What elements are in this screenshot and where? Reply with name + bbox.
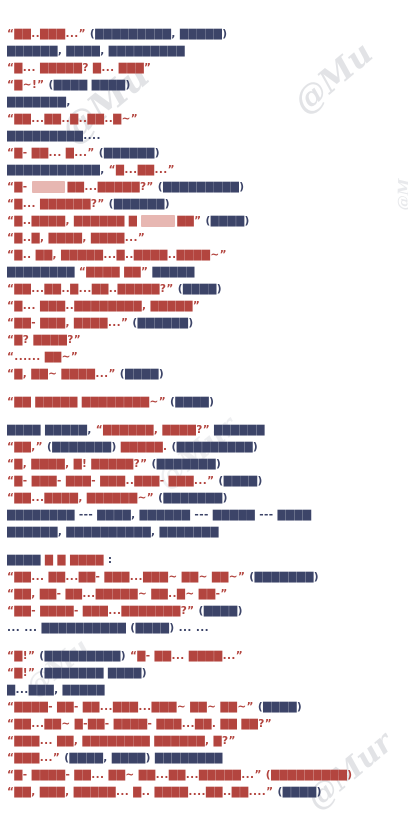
text-line: “▇, ▇▇~ ▇▇▇▇...”(▇▇▇▇) — [7, 366, 404, 383]
dialogue-text: “▇..▇, ▇▇▇▇, ▇▇▇▇...” — [7, 232, 145, 244]
narration-text: (▇▇▇▇) — [178, 283, 222, 295]
text-line: ▇▇▇▇▇▇▇▇“▇▇▇▇ ▇▇”▇▇▇▇▇ — [7, 264, 404, 281]
narration-text: (▇▇▇▇) — [258, 701, 302, 713]
text-line: ▇▇▇▇▇▇▇▇▇.... — [7, 128, 404, 145]
text-line: ▇▇▇▇▇▇, ▇▇▇▇▇▇▇▇▇▇, ▇▇▇▇▇▇▇ — [7, 524, 404, 541]
narration-text: (▇▇▇▇▇▇▇) — [47, 441, 117, 453]
dialogue-text: (▇▇▇▇▇▇▇▇▇) — [266, 769, 353, 781]
dialogue-text: “▇... ▇▇▇▇▇▇?” — [7, 198, 105, 210]
narration-text: (▇▇▇▇▇▇▇) — [249, 571, 319, 583]
narration-text: (▇▇▇▇ ▇▇▇▇) — [48, 79, 130, 91]
dialogue-text: “▇▇▇...” — [7, 752, 60, 764]
narration-text: (▇▇▇▇) — [218, 475, 262, 487]
dialogue-text: “▇▇, ▇▇▇, ▇▇▇▇▇... ▇.. ▇▇▇▇....▇▇..▇▇...… — [7, 786, 273, 798]
dialogue-text: “▇- ▇▇▇▇- ▇▇... ▇▇~ ▇▇...▇▇...▇▇▇▇▇...” — [7, 769, 262, 781]
dialogue-text: “▇- ▇▇... ▇▇▇▇...” — [130, 650, 243, 662]
dialogue-text: “▇▇...▇▇..▇...▇▇..▇▇▇▇▇?” — [7, 283, 174, 295]
narration-text: ▇▇▇▇ — [7, 554, 41, 566]
narration-text: ▇▇▇▇▇▇, ▇▇▇▇▇▇▇▇▇▇, ▇▇▇▇▇▇▇ — [7, 526, 219, 538]
dialogue-text: ▇▇▇▇▇. — [121, 441, 168, 453]
text-line: “▇▇▇...”(▇▇▇▇, ▇▇▇▇) ▇▇▇▇▇▇▇▇ — [7, 750, 404, 767]
text-line: “▇▇... ▇▇...▇▇- ▇▇▇...▇▇▇~ ▇▇~ ▇▇~”(▇▇▇▇… — [7, 569, 404, 586]
narration-text: (▇▇▇▇▇▇▇▇▇) — [171, 441, 258, 453]
dialogue-text: “▇- ▇▇▇- ▇▇▇- ▇▇▇..▇▇▇- ▇▇▇...” — [7, 475, 214, 487]
narration-text: ▇▇▇▇▇ — [152, 266, 194, 278]
dialogue-text: “▇? ▇▇▇▇?” — [7, 334, 81, 346]
text-line: “▇.. ▇▇, ▇▇▇▇▇...▇..▇▇▇▇..▇▇▇▇~” — [7, 247, 404, 264]
narration-text: (▇▇▇▇▇▇) — [132, 317, 193, 329]
paragraph-gap — [7, 637, 404, 648]
text-line: ▇▇▇▇▇▇, ▇▇▇▇, ▇▇▇▇▇▇▇▇▇ — [7, 43, 404, 60]
narration-text: (▇▇▇▇) — [120, 368, 164, 380]
narration-text: (▇▇▇▇▇▇▇ ▇▇▇▇) — [39, 667, 147, 679]
dialogue-text: “▇▇▇▇ ▇▇” — [79, 266, 149, 278]
dialogue-text: “▇▇ ▇▇▇▇▇ ▇▇▇▇▇▇▇▇~” — [7, 396, 166, 408]
dialogue-text: “▇...▇▇...” — [109, 164, 175, 176]
narration-text: (▇▇▇▇▇▇▇) — [158, 492, 228, 504]
narration-text: : — [108, 554, 113, 566]
text-line: “▇▇...▇▇..▇..▇▇..▇~” — [7, 111, 404, 128]
dialogue-text: “▇, ▇▇▇▇, ▇! ▇▇▇▇▇?” — [7, 458, 147, 470]
text-line: “▇▇ ▇▇▇▇▇ ▇▇▇▇▇▇▇▇~”(▇▇▇▇) — [7, 394, 404, 411]
text-line: ▇▇▇▇▇ ▇ ▇▇▇▇: — [7, 552, 404, 569]
text-line: “▇... ▇▇▇▇▇? ▇... ▇▇▇” — [7, 60, 404, 77]
dialogue-text: “▇▇- ▇▇▇▇- ▇▇▇...▇▇▇▇▇▇▇?” — [7, 605, 195, 617]
paragraph-gap — [7, 541, 404, 552]
dialogue-text: “▇!” — [7, 667, 35, 679]
text-line: “...... ▇▇~” — [7, 349, 404, 366]
narration-text: (▇▇▇▇▇▇) — [99, 147, 160, 159]
narration-text: ▇▇▇▇▇▇▇, — [7, 96, 71, 108]
text-line: ▇▇▇▇ ▇▇▇▇▇,“▇▇▇▇▇▇, ▇▇▇▇?”▇▇▇▇▇▇ — [7, 422, 404, 439]
narration-text: ▇▇▇▇▇▇▇▇ — [7, 266, 75, 278]
dialogue-text: “▇~!” — [7, 79, 44, 91]
text-line: “▇▇...▇▇▇▇, ▇▇▇▇▇▇~”(▇▇▇▇▇▇▇) — [7, 490, 404, 507]
dialogue-text: “▇▇▇▇- ▇▇- ▇▇...▇▇▇...▇▇▇~ ▇▇~ ▇▇~” — [7, 701, 254, 713]
text-line: “▇▇,”(▇▇▇▇▇▇▇)▇▇▇▇▇.(▇▇▇▇▇▇▇▇▇) — [7, 439, 404, 456]
dialogue-text: “▇... ▇▇▇..▇▇▇▇▇▇▇▇, ▇▇▇▇▇” — [7, 300, 200, 312]
text-line: “▇- ▇▇... ▇...”(▇▇▇▇▇▇) — [7, 145, 404, 162]
narration-text: (▇▇▇▇) — [199, 605, 243, 617]
text-line: “▇- ▇▇▇▇- ▇▇... ▇▇~ ▇▇...▇▇...▇▇▇▇▇...”(… — [7, 767, 404, 784]
text-line: “▇▇, ▇▇- ▇▇...▇▇▇▇▇~ ▇▇..▇~ ▇▇-” — [7, 586, 404, 603]
narration-text: ▇...▇▇▇, ▇▇▇▇▇ — [7, 684, 105, 696]
text-line: “▇▇- ▇▇▇▇- ▇▇▇...▇▇▇▇▇▇▇?”(▇▇▇▇) — [7, 603, 404, 620]
dialogue-text: “▇▇,” — [7, 441, 43, 453]
text-line: “▇- ▇▇▇- ▇▇▇- ▇▇▇..▇▇▇- ▇▇▇...”(▇▇▇▇) — [7, 473, 404, 490]
text-line: “▇▇, ▇▇▇, ▇▇▇▇▇... ▇.. ▇▇▇▇....▇▇..▇▇...… — [7, 784, 404, 801]
dialogue-text: “▇▇...▇▇..▇..▇▇..▇~” — [7, 113, 138, 125]
dialogue-text: “▇, ▇▇~ ▇▇▇▇...” — [7, 368, 116, 380]
text-line: “▇▇- ▇▇▇, ▇▇▇▇...”(▇▇▇▇▇▇) — [7, 315, 404, 332]
dialogue-text: “▇▇... ▇▇...▇▇- ▇▇▇...▇▇▇~ ▇▇~ ▇▇~” — [7, 571, 245, 583]
narration-text: (▇▇▇▇▇▇▇▇▇, ▇▇▇▇▇) — [90, 28, 228, 40]
text-line: “▇▇...▇▇~ ▇-▇▇- ▇▇▇▇- ▇▇▇...▇▇. ▇▇ ▇▇?” — [7, 716, 404, 733]
dialogue-text: “▇▇, ▇▇- ▇▇...▇▇▇▇▇~ ▇▇..▇~ ▇▇-” — [7, 588, 228, 600]
narration-text: (▇▇▇▇) — [205, 215, 249, 227]
narration-text: ▇▇▇▇▇▇▇▇▇▇▇, — [7, 164, 105, 176]
narration-text: (▇▇▇▇▇▇▇) — [151, 458, 221, 470]
dialogue-text: “▇▇...▇▇~ ▇-▇▇- ▇▇▇▇- ▇▇▇...▇▇. ▇▇ ▇▇?” — [7, 718, 272, 730]
paragraph-gap — [7, 383, 404, 394]
dialogue-text: “...... ▇▇~” — [7, 351, 78, 363]
text-line: “▇▇▇... ▇▇, ▇▇▇▇▇▇▇▇ ▇▇▇▇▇▇, ▇?” — [7, 733, 404, 750]
text-line: “▇-▇▇▇▇▇▇...▇▇▇▇▇?”(▇▇▇▇▇▇▇▇▇) — [7, 179, 404, 196]
text-line: “▇▇...▇▇..▇...▇▇..▇▇▇▇▇?”(▇▇▇▇) — [7, 281, 404, 298]
paragraph-gap — [7, 411, 404, 422]
dialogue-text: “▇!” — [7, 650, 35, 662]
text-line: ▇▇▇▇▇▇▇▇▇▇▇,“▇...▇▇...” — [7, 162, 404, 179]
dialogue-text: “▇..▇▇▇▇, ▇▇▇▇▇▇ ▇ — [7, 215, 137, 227]
narration-text: (▇▇▇▇▇▇▇▇▇) — [39, 650, 126, 662]
narration-text: (▇▇▇▇▇▇) — [109, 198, 170, 210]
narration-text: (▇▇▇▇) — [277, 786, 321, 798]
document-body: “▇▇..▇▇▇...”(▇▇▇▇▇▇▇▇▇, ▇▇▇▇▇)▇▇▇▇▇▇, ▇▇… — [0, 0, 408, 801]
text-line: “▇!”(▇▇▇▇▇▇▇▇▇)“▇- ▇▇... ▇▇▇▇...” — [7, 648, 404, 665]
dialogue-text: “▇▇- ▇▇▇, ▇▇▇▇...” — [7, 317, 128, 329]
text-line: “▇..▇▇▇▇, ▇▇▇▇▇▇ ▇▇▇▇▇▇▇”(▇▇▇▇) — [7, 213, 404, 230]
text-line: “▇, ▇▇▇▇, ▇! ▇▇▇▇▇?”(▇▇▇▇▇▇▇) — [7, 456, 404, 473]
text-line: “▇▇▇▇- ▇▇- ▇▇...▇▇▇...▇▇▇~ ▇▇~ ▇▇~”(▇▇▇▇… — [7, 699, 404, 716]
narration-text: (▇▇▇▇) — [170, 396, 214, 408]
narration-text: ▇▇▇▇▇▇ — [214, 424, 265, 436]
dialogue-text: “▇... ▇▇▇▇▇? ▇... ▇▇▇” — [7, 62, 151, 74]
text-line: “▇? ▇▇▇▇?” — [7, 332, 404, 349]
narration-text: (▇▇▇▇, ▇▇▇▇) ▇▇▇▇▇▇▇▇ — [64, 752, 223, 764]
dialogue-text: ▇ ▇ ▇▇▇▇ — [45, 554, 104, 566]
text-line: ▇▇▇▇▇▇▇▇ --- ▇▇▇▇, ▇▇▇▇▇▇ --- ▇▇▇▇▇ --- … — [7, 507, 404, 524]
narration-text: (▇▇▇▇▇▇▇▇▇) — [158, 181, 245, 193]
dialogue-text: ▇▇” — [177, 215, 201, 227]
text-line: “▇▇..▇▇▇...”(▇▇▇▇▇▇▇▇▇, ▇▇▇▇▇) — [7, 26, 404, 43]
narration-text: ▇▇▇▇ ▇▇▇▇▇, — [7, 424, 92, 436]
narration-text: ▇▇▇▇▇▇▇▇▇.... — [7, 130, 101, 142]
text-line: “▇..▇, ▇▇▇▇, ▇▇▇▇...” — [7, 230, 404, 247]
document-page: @Mu@Mu@M@Mur@Mu@Mur “▇▇..▇▇▇...”(▇▇▇▇▇▇▇… — [0, 0, 408, 835]
dialogue-text: “▇.. ▇▇, ▇▇▇▇▇...▇..▇▇▇▇..▇▇▇▇~” — [7, 249, 227, 261]
dialogue-text: “▇- ▇▇... ▇...” — [7, 147, 95, 159]
text-line: ▇...▇▇▇, ▇▇▇▇▇ — [7, 682, 404, 699]
dialogue-text: “▇▇▇▇▇▇, ▇▇▇▇?” — [96, 424, 210, 436]
text-line: “▇... ▇▇▇..▇▇▇▇▇▇▇▇, ▇▇▇▇▇” — [7, 298, 404, 315]
censored-name: ▇▇▇▇ — [141, 215, 175, 227]
text-line: “▇!”(▇▇▇▇▇▇▇ ▇▇▇▇) — [7, 665, 404, 682]
narration-text: ▇▇▇▇▇▇, ▇▇▇▇, ▇▇▇▇▇▇▇▇▇ — [7, 45, 185, 57]
censored-name: ▇▇▇▇ — [32, 181, 66, 193]
dialogue-text: “▇▇▇... ▇▇, ▇▇▇▇▇▇▇▇ ▇▇▇▇▇▇, ▇?” — [7, 735, 236, 747]
text-line: “▇~!”(▇▇▇▇ ▇▇▇▇) — [7, 77, 404, 94]
dialogue-text: “▇▇..▇▇▇...” — [7, 28, 86, 40]
narration-text: ... ... ▇▇▇▇▇▇▇▇▇▇ (▇▇▇▇) ... ... — [7, 622, 209, 634]
narration-text: ▇▇▇▇▇▇▇▇ --- ▇▇▇▇, ▇▇▇▇▇▇ --- ▇▇▇▇▇ --- … — [7, 509, 311, 521]
dialogue-text: “▇- — [7, 181, 28, 193]
dialogue-text: ▇▇...▇▇▇▇▇?” — [67, 181, 153, 193]
dialogue-text: “▇▇...▇▇▇▇, ▇▇▇▇▇▇~” — [7, 492, 154, 504]
text-line: ... ... ▇▇▇▇▇▇▇▇▇▇ (▇▇▇▇) ... ... — [7, 620, 404, 637]
text-line: ▇▇▇▇▇▇▇, — [7, 94, 404, 111]
text-line: “▇... ▇▇▇▇▇▇?”(▇▇▇▇▇▇) — [7, 196, 404, 213]
